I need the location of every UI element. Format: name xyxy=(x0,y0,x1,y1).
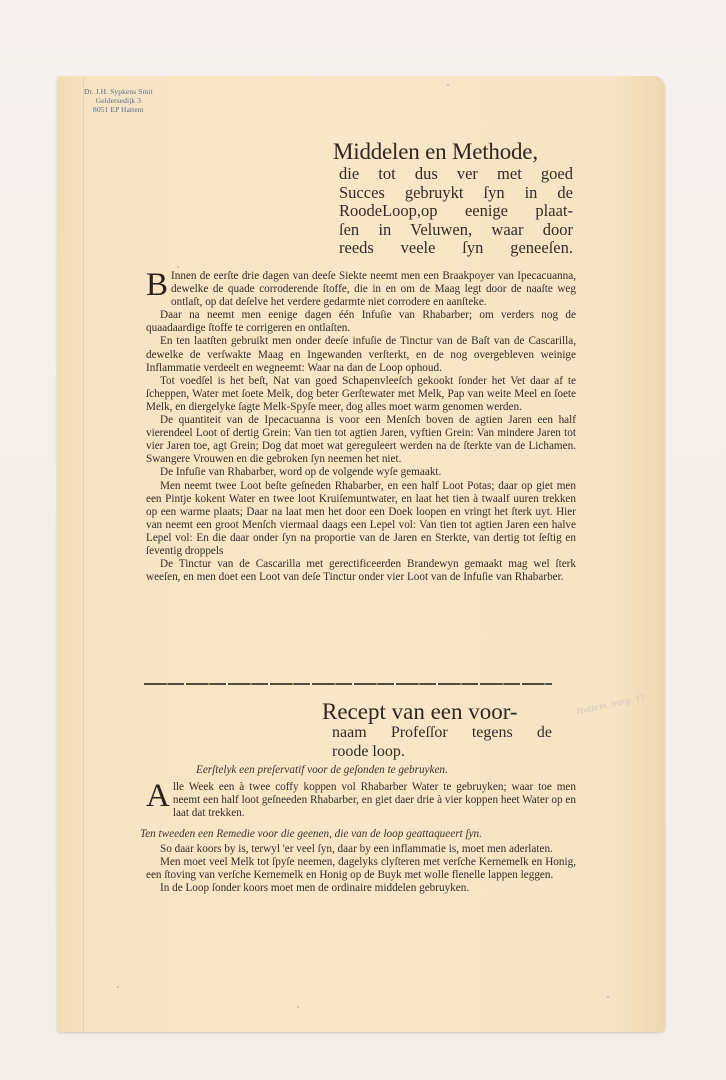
paper-speck xyxy=(297,1006,299,1008)
drop-cap: A xyxy=(146,781,170,809)
title-subtitle: die tot dus ver met goed Succes gebruykt… xyxy=(333,165,573,258)
paper-speck xyxy=(177,266,179,268)
drop-cap: B xyxy=(146,270,168,298)
preservative-section: Alle Week een à twee coffy koppen vol Rh… xyxy=(146,781,576,820)
remedy-heading: Ten tweeden een Remedie voor die geenen,… xyxy=(140,828,482,840)
title-main: Middelen en Methode, xyxy=(333,139,573,165)
subtitle-line: Succes gebruykt ſyn in de xyxy=(339,184,573,203)
paragraph: En ten laatſten gebruikt men onder deeſe… xyxy=(146,335,576,374)
stamp-line: Dr. J.H. Sypkens Smit xyxy=(84,87,153,96)
paragraph: Daar na neemt men eenige dagen één Infuſ… xyxy=(146,309,576,335)
subtitle-line: RoodeLoop,op eenige plaat- xyxy=(339,202,573,221)
recipe-title-sub: naam Profeſſor tegens de roode loop. xyxy=(322,724,552,761)
stamp-line: 8051 EP Hattem xyxy=(84,105,153,114)
paragraph: So daar koors by is, terwyl 'er veel ſyn… xyxy=(146,843,576,856)
paragraph: Men neemt twee Loot beſte geſneden Rhaba… xyxy=(146,480,576,559)
paragraph: De Tinctur van de Cascarilla met gerecti… xyxy=(146,558,576,584)
section-divider xyxy=(144,683,552,685)
paper-speck xyxy=(117,986,119,988)
owner-stamp: Dr. J.H. Sypkens Smit Geldersedijk 3 805… xyxy=(84,87,153,114)
stamp-line: Geldersedijk 3 xyxy=(84,96,153,105)
subtitle-line: die tot dus ver met goed xyxy=(339,165,573,184)
paragraph: Men moet veel Melk tot ſpyſe neemen, dag… xyxy=(146,856,576,882)
methods-section: BInnen de eerſte drie dagen van deeſe Si… xyxy=(146,270,576,584)
paragraph: Alle Week een à twee coffy koppen vol Rh… xyxy=(146,781,576,820)
paragraph: De quantiteit van de Ipecacuanna is voor… xyxy=(146,414,576,466)
subtitle-line: reeds veele ſyn geneeſen. xyxy=(339,239,573,258)
paragraph: BInnen de eerſte drie dagen van deeſe Si… xyxy=(146,270,576,309)
recipe-title: Recept van een voor- naam Profeſſor tege… xyxy=(322,700,552,761)
recipe-subtitle-line: naam Profeſſor tegens de xyxy=(332,724,552,743)
paragraph: De Infuſie van Rhabarber, word op de vol… xyxy=(146,466,576,479)
paper-speck xyxy=(447,84,449,86)
preservative-heading: Eerſtelyk een preſervatif voor de geſond… xyxy=(196,764,448,776)
paper-speck xyxy=(607,996,609,998)
subtitle-line: ſen in Veluwen, waar door xyxy=(339,221,573,240)
recipe-subtitle-line: roode loop. xyxy=(332,743,552,762)
document-title: Middelen en Methode, die tot dus ver met… xyxy=(333,139,573,258)
recipe-title-main: Recept van een voor- xyxy=(322,700,552,724)
paragraph: In de Loop ſonder koors moet men de ordi… xyxy=(146,882,576,895)
paragraph: Tot voedſel is het beſt, Nat van goed Sc… xyxy=(146,375,576,414)
remedy-section: So daar koors by is, terwyl 'er veel ſyn… xyxy=(146,843,576,895)
